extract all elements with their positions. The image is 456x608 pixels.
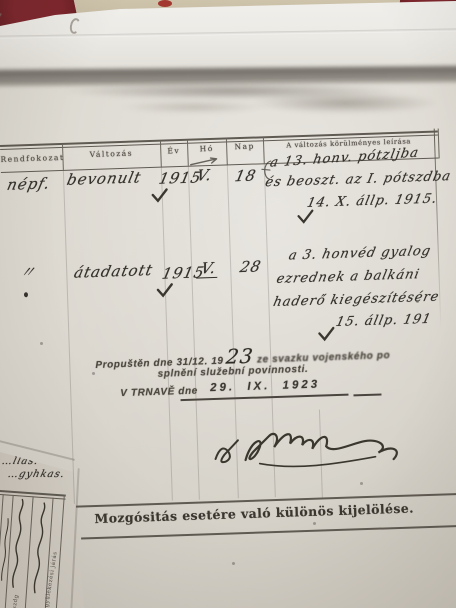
row2-month: V.: [196, 259, 221, 279]
header-day: Nap: [226, 141, 263, 151]
row1-day: 18: [233, 166, 258, 185]
header-rank: Rendfokozat: [0, 153, 62, 164]
discharge-stamp-line1: Propuštěn dne 31/12. 19 23 ze svazku voj…: [95, 338, 425, 365]
stamped-date: 29. IX. 1923: [210, 379, 320, 395]
row2-change: átadatott: [72, 261, 154, 282]
stamp-text-suffix: ze svazku vojenského po: [257, 350, 391, 365]
paper-speck: [360, 482, 363, 485]
ink-dot: [24, 292, 28, 297]
date-underline: [181, 394, 349, 402]
header-year: Év: [160, 146, 187, 156]
paper-speck: [232, 562, 235, 565]
row1-change: bevonult: [65, 168, 143, 189]
paper-speck: [313, 522, 316, 525]
date-underline-ext: [353, 393, 381, 395]
header-month: Hó: [187, 144, 226, 154]
header-change: Változás: [62, 148, 160, 160]
paper-speck: [92, 372, 95, 375]
row2-day: 28: [238, 257, 263, 276]
faint-column-line: [63, 170, 75, 504]
paper-speck: [40, 342, 43, 345]
row2-rank-ditto: 〃: [18, 261, 39, 283]
signature: [192, 417, 409, 476]
pencil-arrow-mark: [188, 156, 222, 167]
row1-desc-line2: és beoszt. az I. pótszdba: [264, 169, 453, 190]
table-right-border-outer: [438, 128, 440, 158]
row1-rank: népf.: [5, 174, 52, 194]
document-content: Rendfokozat Változás Év Hó Nap A változá…: [0, 0, 456, 608]
row2-desc-line4: 15. állp. 191: [334, 312, 432, 330]
row2-desc-line2: ezrednek a balkáni: [275, 267, 421, 287]
row1-month: V.: [195, 166, 214, 185]
pencil-brace-mark: [259, 159, 276, 182]
row1-desc-line3: 14. X. állp. 1915.: [305, 191, 438, 210]
checkmark-pencil: [155, 281, 176, 299]
place-date-prefix: V TRNAVĚ dne: [120, 386, 198, 400]
photo-of-military-record: …llás: …gyhkas. nye szdg gyülekezési jár…: [0, 0, 456, 608]
checkmark-pencil: [149, 186, 170, 204]
section-rule-bottom: [81, 524, 456, 539]
row2-desc-line1: a 3. honvéd gyalog: [287, 244, 432, 264]
checkmark-pencil: [295, 208, 316, 226]
paper-speck: [416, 300, 419, 303]
faint-column-line: [161, 167, 173, 501]
checkmark-pencil: [316, 325, 337, 343]
